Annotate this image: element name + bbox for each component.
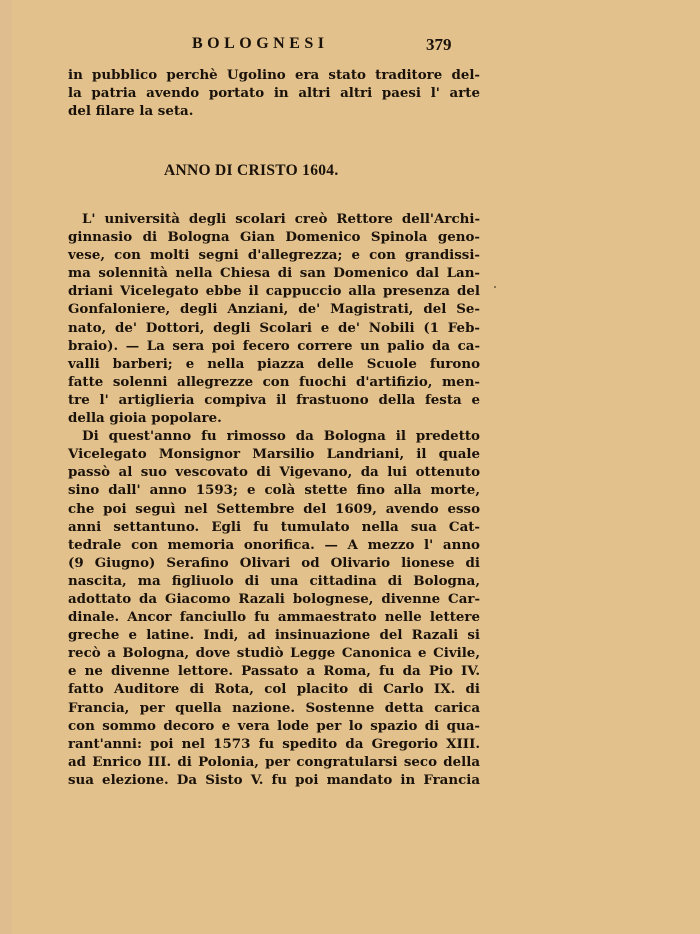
text-line: ma solennità nella Chiesa di san Domenic… [68, 264, 480, 282]
text-line: rant'anni: poi nel 1573 fu spedito da Gr… [68, 735, 480, 753]
text-line: del filare la seta. [68, 102, 480, 120]
text-line: vese, con molti segni d'allegrezza; e co… [68, 246, 480, 264]
text-line: anni settantuno. Egli fu tumulato nella … [68, 518, 480, 536]
running-title: BOLOGNESI [192, 35, 329, 53]
text-line: con sommo decoro e vera lode per lo spaz… [68, 717, 480, 735]
text-line: in pubblico perchè Ugolino era stato tra… [68, 66, 480, 84]
paragraph-university: L' università degli scolari creò Rettore… [68, 210, 480, 789]
text-line: sino dall' anno 1593; e colà stette fino… [68, 481, 480, 499]
text-line: adottato da Giacomo Razali bolognese, di… [68, 590, 480, 608]
text-line: che poi seguì nel Settembre del 1609, av… [68, 500, 480, 518]
text-line: della gioia popolare. [68, 409, 480, 427]
text-line: valli barberi; e nella piazza delle Scuo… [68, 355, 480, 373]
text-line: Gonfaloniere, degli Anziani, de' Magistr… [68, 300, 480, 318]
text-line: nascita, ma figliuolo di una cittadina d… [68, 572, 480, 590]
intro-paragraph: in pubblico perchè Ugolino era stato tra… [68, 66, 480, 120]
text-line: la patria avendo portato in altri altri … [68, 84, 480, 102]
text-line: sua elezione. Da Sisto V. fu poi mandato… [68, 771, 480, 789]
text-line: passò al suo vescovato di Vigevano, da l… [68, 463, 480, 481]
paper-speck [494, 286, 496, 288]
text-line: Francia, per quella nazione. Sostenne de… [68, 699, 480, 717]
text-line: L' università degli scolari creò Rettore… [68, 210, 480, 228]
text-line: fatto Auditore di Rota, col placito di C… [68, 680, 480, 698]
section-heading: ANNO DI CRISTO 1604. [164, 162, 339, 180]
page-number: 379 [426, 35, 452, 55]
text-line: Di quest'anno fu rimosso da Bologna il p… [68, 427, 480, 445]
text-line: recò a Bologna, dove studiò Legge Canoni… [68, 644, 480, 662]
page-edge [0, 0, 12, 934]
text-line: driani Vicelegato ebbe il cappuccio alla… [68, 282, 480, 300]
text-line: tedrale con memoria onorifica. — A mezzo… [68, 536, 480, 554]
text-line: ginnasio di Bologna Gian Domenico Spinol… [68, 228, 480, 246]
text-line: Vicelegato Monsignor Marsilio Landriani,… [68, 445, 480, 463]
text-line: fatte solenni allegrezze con fuochi d'ar… [68, 373, 480, 391]
text-line: nato, de' Dottori, degli Scolari e de' N… [68, 319, 480, 337]
text-line: braio). — La sera poi fecero correre un … [68, 337, 480, 355]
text-line: tre l' artiglieria compiva il frastuono … [68, 391, 480, 409]
text-line: e ne divenne lettore. Passato a Roma, fu… [68, 662, 480, 680]
text-line: (9 Giugno) Serafino Olivari od Olivario … [68, 554, 480, 572]
text-line: ad Enrico III. di Polonia, per congratul… [68, 753, 480, 771]
text-line: dinale. Ancor fanciullo fu ammaestrato n… [68, 608, 480, 626]
running-head: BOLOGNESI 379 [68, 35, 480, 57]
text-line: greche e latine. Indi, ad insinuazione d… [68, 626, 480, 644]
